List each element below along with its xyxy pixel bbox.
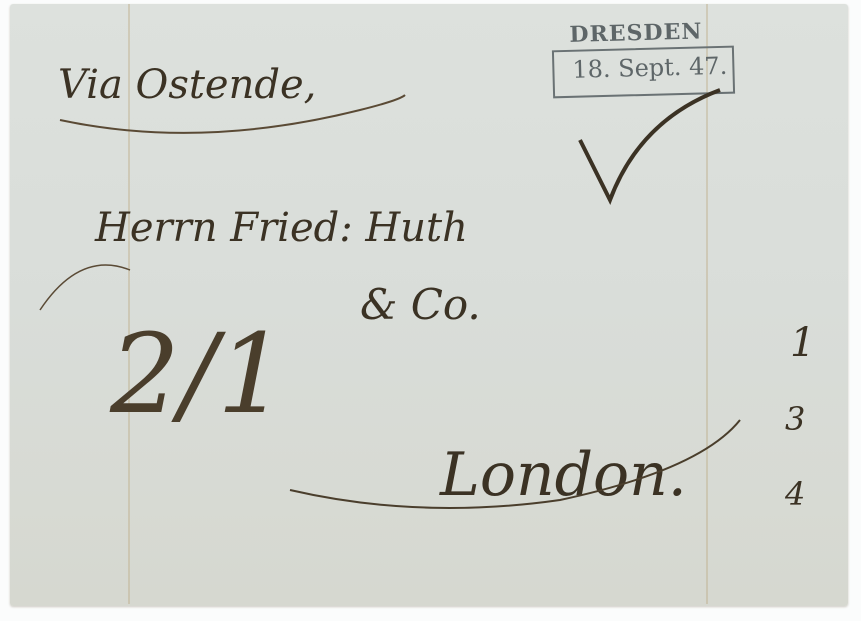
pen-flourishes [0, 0, 861, 621]
